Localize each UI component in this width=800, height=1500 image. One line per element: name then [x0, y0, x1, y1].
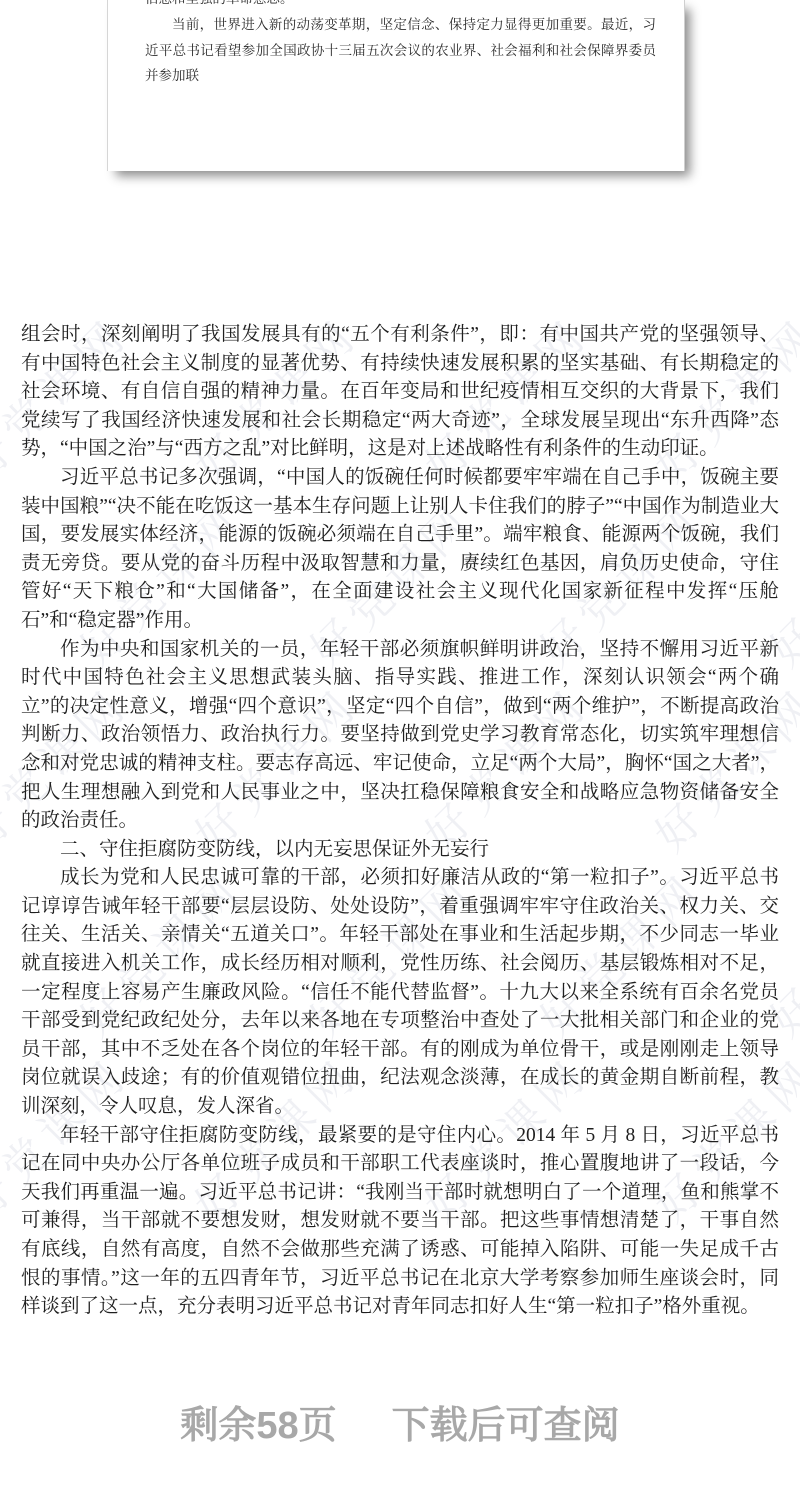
- clipped-top-line: 信息和坚强的革命意志。: [145, 0, 656, 12]
- paragraph: 习近平总书记多次强调，“中国人的饭碗任何时候都要牢牢端在自己手中，饭碗主要装中国…: [21, 464, 779, 636]
- preview-paragraph: 当前，世界进入新的动荡变革期，坚定信念、保持定力显得更加重要。最近，习近平总书记…: [145, 12, 656, 89]
- document-body: 组会时，深刻阐明了我国发展具有的“五个有利条件”，即：有中国共产党的坚强领导、有…: [21, 321, 779, 1322]
- previous-page-preview-card: 信息和坚强的革命意志。 当前，世界进入新的动荡变革期，坚定信念、保持定力显得更加…: [107, 0, 685, 171]
- document-preview-page: 好党课网好党课网好党课网好党课网好党课网好党课网好党课网好党课网好党课网好党课网…: [0, 0, 800, 1500]
- download-hint-label: 下载后可查阅: [392, 1394, 620, 1449]
- paragraph: 成长为党和人民忠诚可靠的干部，必须扣好廉洁从政的“第一粒扣子”。习近平总书记谆谆…: [21, 864, 779, 1121]
- footer-hint: 剩余58页 下载后可查阅: [0, 1394, 800, 1449]
- paragraph: 作为中央和国家机关的一员，年轻干部必须旗帜鲜明讲政治，坚持不懈用习近平新时代中国…: [21, 636, 779, 836]
- pages-remaining-label: 剩余58页: [180, 1394, 336, 1449]
- paragraph: 年轻干部守住拒腐防变防线，最紧要的是守住内心。2014 年 5 月 8 日，习近…: [21, 1122, 779, 1322]
- paragraph: 组会时，深刻阐明了我国发展具有的“五个有利条件”，即：有中国共产党的坚强领导、有…: [21, 321, 779, 464]
- section-heading: 二、守住拒腐防变防线，以内无妄思保证外无妄行: [21, 836, 779, 865]
- previous-page-text: 信息和坚强的革命意志。 当前，世界进入新的动荡变革期，坚定信念、保持定力显得更加…: [145, 0, 656, 89]
